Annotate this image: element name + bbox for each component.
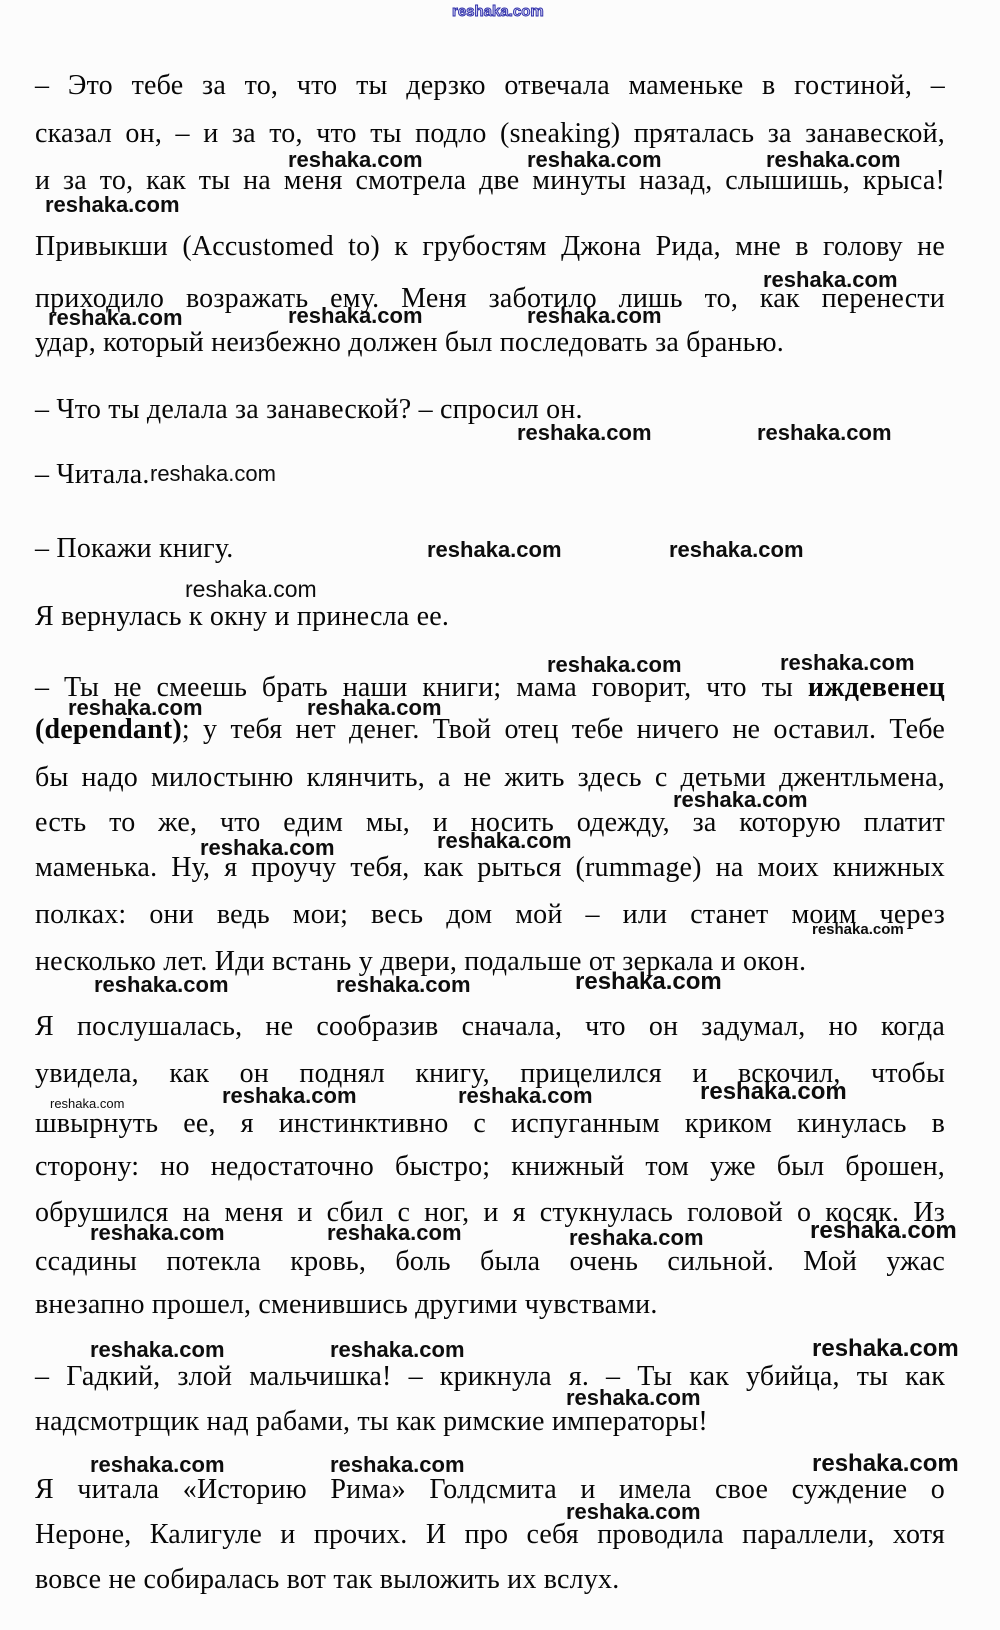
text-line: Я вернулась к окну и принесла ее. — [35, 600, 945, 634]
text-line: сторону: но недостаточно быстро; книжный… — [35, 1150, 945, 1184]
text-line: внезапно прошел, сменившись другими чувс… — [35, 1288, 945, 1322]
text-line: Нероне, Калигуле и прочих. И про себя пр… — [35, 1518, 945, 1552]
text-line: Я читала «Историю Рима» Голдсмита и имел… — [35, 1473, 945, 1507]
watermark-text: reshaka.com — [90, 1339, 225, 1361]
text-line: удар, который неизбежно должен был после… — [35, 326, 945, 360]
text-line: приходило возражать ему. Меня заботило л… — [35, 282, 945, 316]
text-line: бы надо милостыню клянчить, а не жить зд… — [35, 761, 945, 795]
text-segment-bold: (dependant) — [35, 714, 182, 745]
watermark-text: reshaka.com — [185, 578, 317, 601]
text-line: полках: они ведь мои; весь дом мой – или… — [35, 898, 945, 932]
text-segment-bold: иждевенец — [808, 672, 945, 703]
text-line: сказал он, – и за то, что ты подло (snea… — [35, 117, 945, 151]
text-line: – Покажи книгу. — [35, 532, 945, 566]
document-page: reshaka.com reshaka.com reshaka.com resh… — [0, 0, 1000, 1630]
watermark-text: reshaka.com — [812, 1337, 959, 1361]
text-line: есть то же, что едим мы, и носить одежду… — [35, 806, 945, 840]
text-line: (dependant); у тебя нет денег. Твой отец… — [35, 713, 945, 747]
text-line: – Что ты делала за занавеской? – спросил… — [35, 393, 945, 427]
text-line: Привыкши (Accustomed to) к грубостям Джо… — [35, 230, 945, 264]
text-segment: – Ты не смеешь брать наши книги; мама го… — [35, 672, 793, 703]
text-line: швырнуть ее, я инстинктивно с испуганным… — [35, 1107, 945, 1141]
text-line: ссадины потекла кровь, боль была очень с… — [35, 1245, 945, 1279]
text-line: маменька. Ну, я проучу тебя, как рыться … — [35, 851, 945, 885]
text-segment: ; у тебя нет денег. Твой отец тебе ничег… — [182, 714, 945, 745]
text-line: обрушился на меня и сбил с ног, и я стук… — [35, 1196, 945, 1230]
text-line: Я послушалась, не сообразив сначала, что… — [35, 1010, 945, 1044]
watermark-text: reshaka.com — [452, 4, 544, 19]
text-line: и за то, как ты на меня смотрела две мин… — [35, 164, 945, 198]
text-line: – Ты не смеешь брать наши книги; мама го… — [35, 671, 945, 705]
text-line: увидела, как он поднял книгу, прицелился… — [35, 1057, 945, 1091]
text-line: надсмотрщик над рабами, ты как римские и… — [35, 1405, 945, 1439]
text-line: вовсе не собиралась вот так выложить их … — [35, 1563, 945, 1597]
text-line: – Гадкий, злой мальчишка! – крикнула я. … — [35, 1360, 945, 1394]
text-line: – Это тебе за то, что ты дерзко отвечала… — [35, 69, 945, 103]
text-line: – Читала. — [35, 458, 945, 492]
watermark-text: reshaka.com — [330, 1339, 465, 1361]
text-line: несколько лет. Иди встань у двери, подал… — [35, 945, 945, 979]
